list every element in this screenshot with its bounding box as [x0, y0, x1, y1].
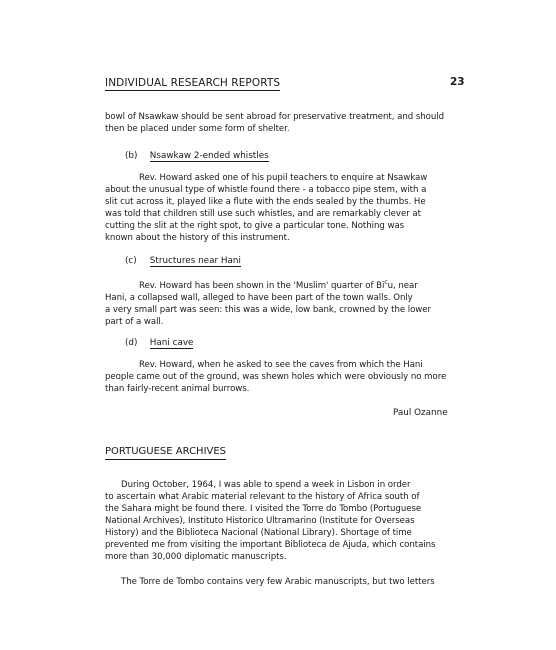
subsection-title: Structures near Hani — [150, 256, 241, 267]
subsection-body-b: Rev. Howard asked one of his pupil teach… — [105, 172, 475, 244]
text-line: The Torre de Tombo contains very few Ara… — [105, 576, 475, 588]
document-page: INDIVIDUAL RESEARCH REPORTS 23 bowl of N… — [0, 0, 556, 650]
text-line: Rev. Howard asked one of his pupil teach… — [105, 172, 475, 184]
portuguese-paragraph-2: The Torre de Tombo contains very few Ara… — [105, 576, 475, 588]
subsection-body-c: Rev. Howard has been shown in the 'Musli… — [105, 277, 475, 328]
text-line: known about the history of this instrume… — [105, 232, 475, 244]
subsection-letter: (c) — [125, 255, 147, 267]
text-segment: u, near — [388, 281, 418, 291]
subsection-body-d: Rev. Howard, when he asked to see the ca… — [105, 359, 475, 395]
text-line: National Archives), Instituto Historico … — [105, 515, 475, 527]
page-number: 23 — [450, 76, 465, 88]
text-line: During October, 1964, I was able to spen… — [105, 479, 475, 491]
running-head: INDIVIDUAL RESEARCH REPORTS — [105, 77, 280, 91]
text-line: bowl of Nsawkaw should be sent abroad fo… — [105, 111, 475, 123]
subsection-title: Hani cave — [150, 338, 194, 349]
text-line: a very small part was seen: this was a w… — [105, 304, 475, 316]
text-line: prevented me from visiting the important… — [105, 539, 475, 551]
text-line: Rev. Howard, when he asked to see the ca… — [105, 359, 475, 371]
section-heading: PORTUGUESE ARCHIVES — [105, 446, 226, 460]
text-line: was told that children still use such wh… — [105, 208, 475, 220]
portuguese-paragraph-1: During October, 1964, I was able to spen… — [105, 479, 475, 563]
text-segment: Rev. Howard has been shown in the 'Musli… — [139, 281, 384, 291]
subsection-letter: (b) — [125, 150, 147, 162]
text-line: slit cut across it, played like a flute … — [105, 196, 475, 208]
text-line: about the unusual type of whistle found … — [105, 184, 475, 196]
subsection-heading-d: (d) Hani cave — [125, 337, 193, 349]
text-line: cutting the slit at the right spot, to g… — [105, 220, 475, 232]
text-line: the Sahara might be found there. I visit… — [105, 503, 475, 515]
subsection-heading-b: (b) Nsawkaw 2-ended whistles — [125, 150, 269, 162]
intro-paragraph: bowl of Nsawkaw should be sent abroad fo… — [105, 111, 475, 135]
text-line: part of a wall. — [105, 316, 475, 328]
text-line: to ascertain what Arabic material releva… — [105, 491, 475, 503]
subsection-heading-c: (c) Structures near Hani — [125, 255, 241, 267]
subsection-letter: (d) — [125, 337, 147, 349]
author-signature: Paul Ozanne — [393, 408, 448, 418]
text-line: than fairly-recent animal burrows. — [105, 383, 475, 395]
text-line: then be placed under some form of shelte… — [105, 123, 475, 135]
text-line: Rev. Howard has been shown in the 'Musli… — [105, 277, 475, 292]
text-line: Hani, a collapsed wall, alleged to have … — [105, 292, 475, 304]
text-line: people came out of the ground, was shewn… — [105, 371, 475, 383]
text-line: History) and the Biblioteca Nacional (Na… — [105, 527, 475, 539]
subsection-title: Nsawkaw 2-ended whistles — [150, 151, 269, 162]
text-line: more than 30,000 diplomatic manuscripts. — [105, 551, 475, 563]
